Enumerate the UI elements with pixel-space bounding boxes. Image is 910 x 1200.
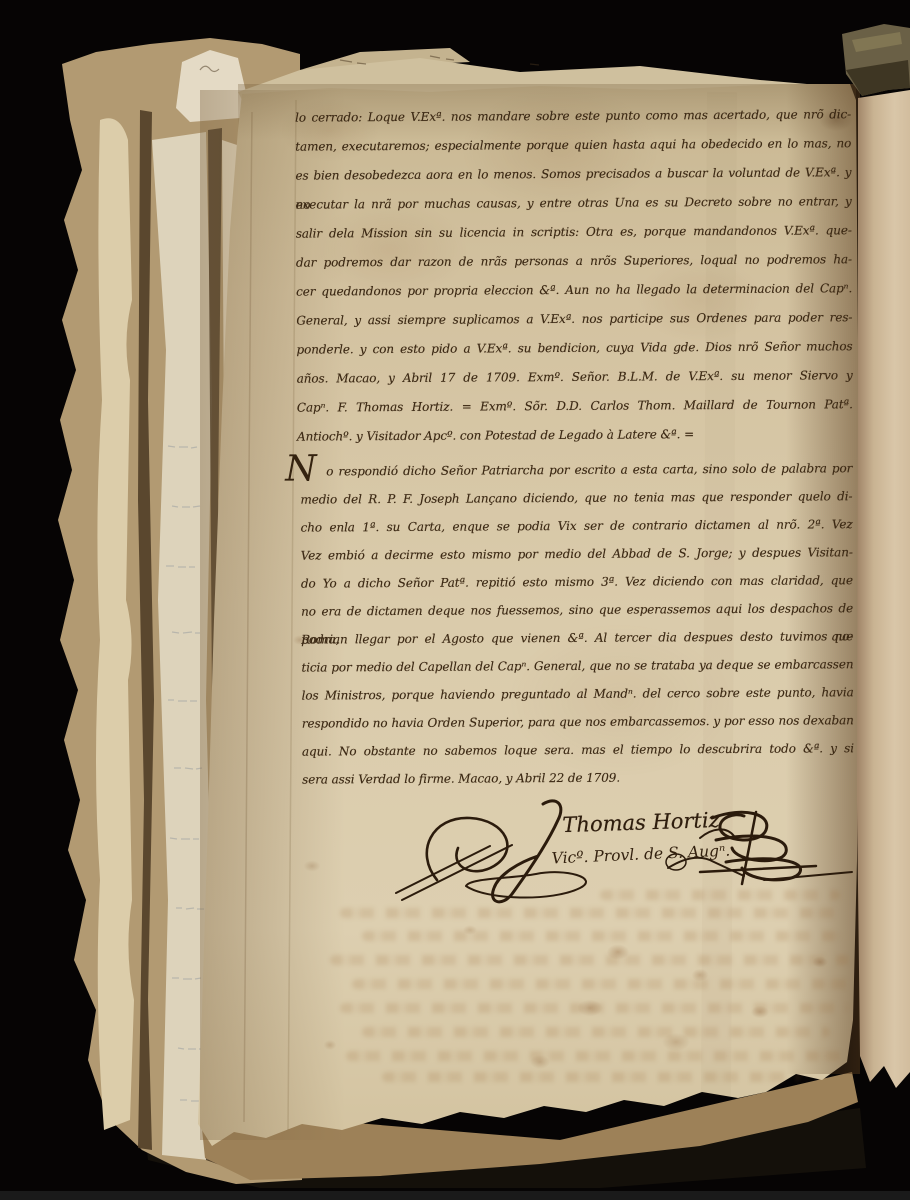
book-page-artwork — [0, 0, 910, 1200]
manuscript-photo: lo cerrado: Loque V.Exª. nos mandare sob… — [0, 0, 910, 1200]
adjacent-page-sliver — [857, 90, 910, 1088]
main-page — [198, 84, 860, 1146]
